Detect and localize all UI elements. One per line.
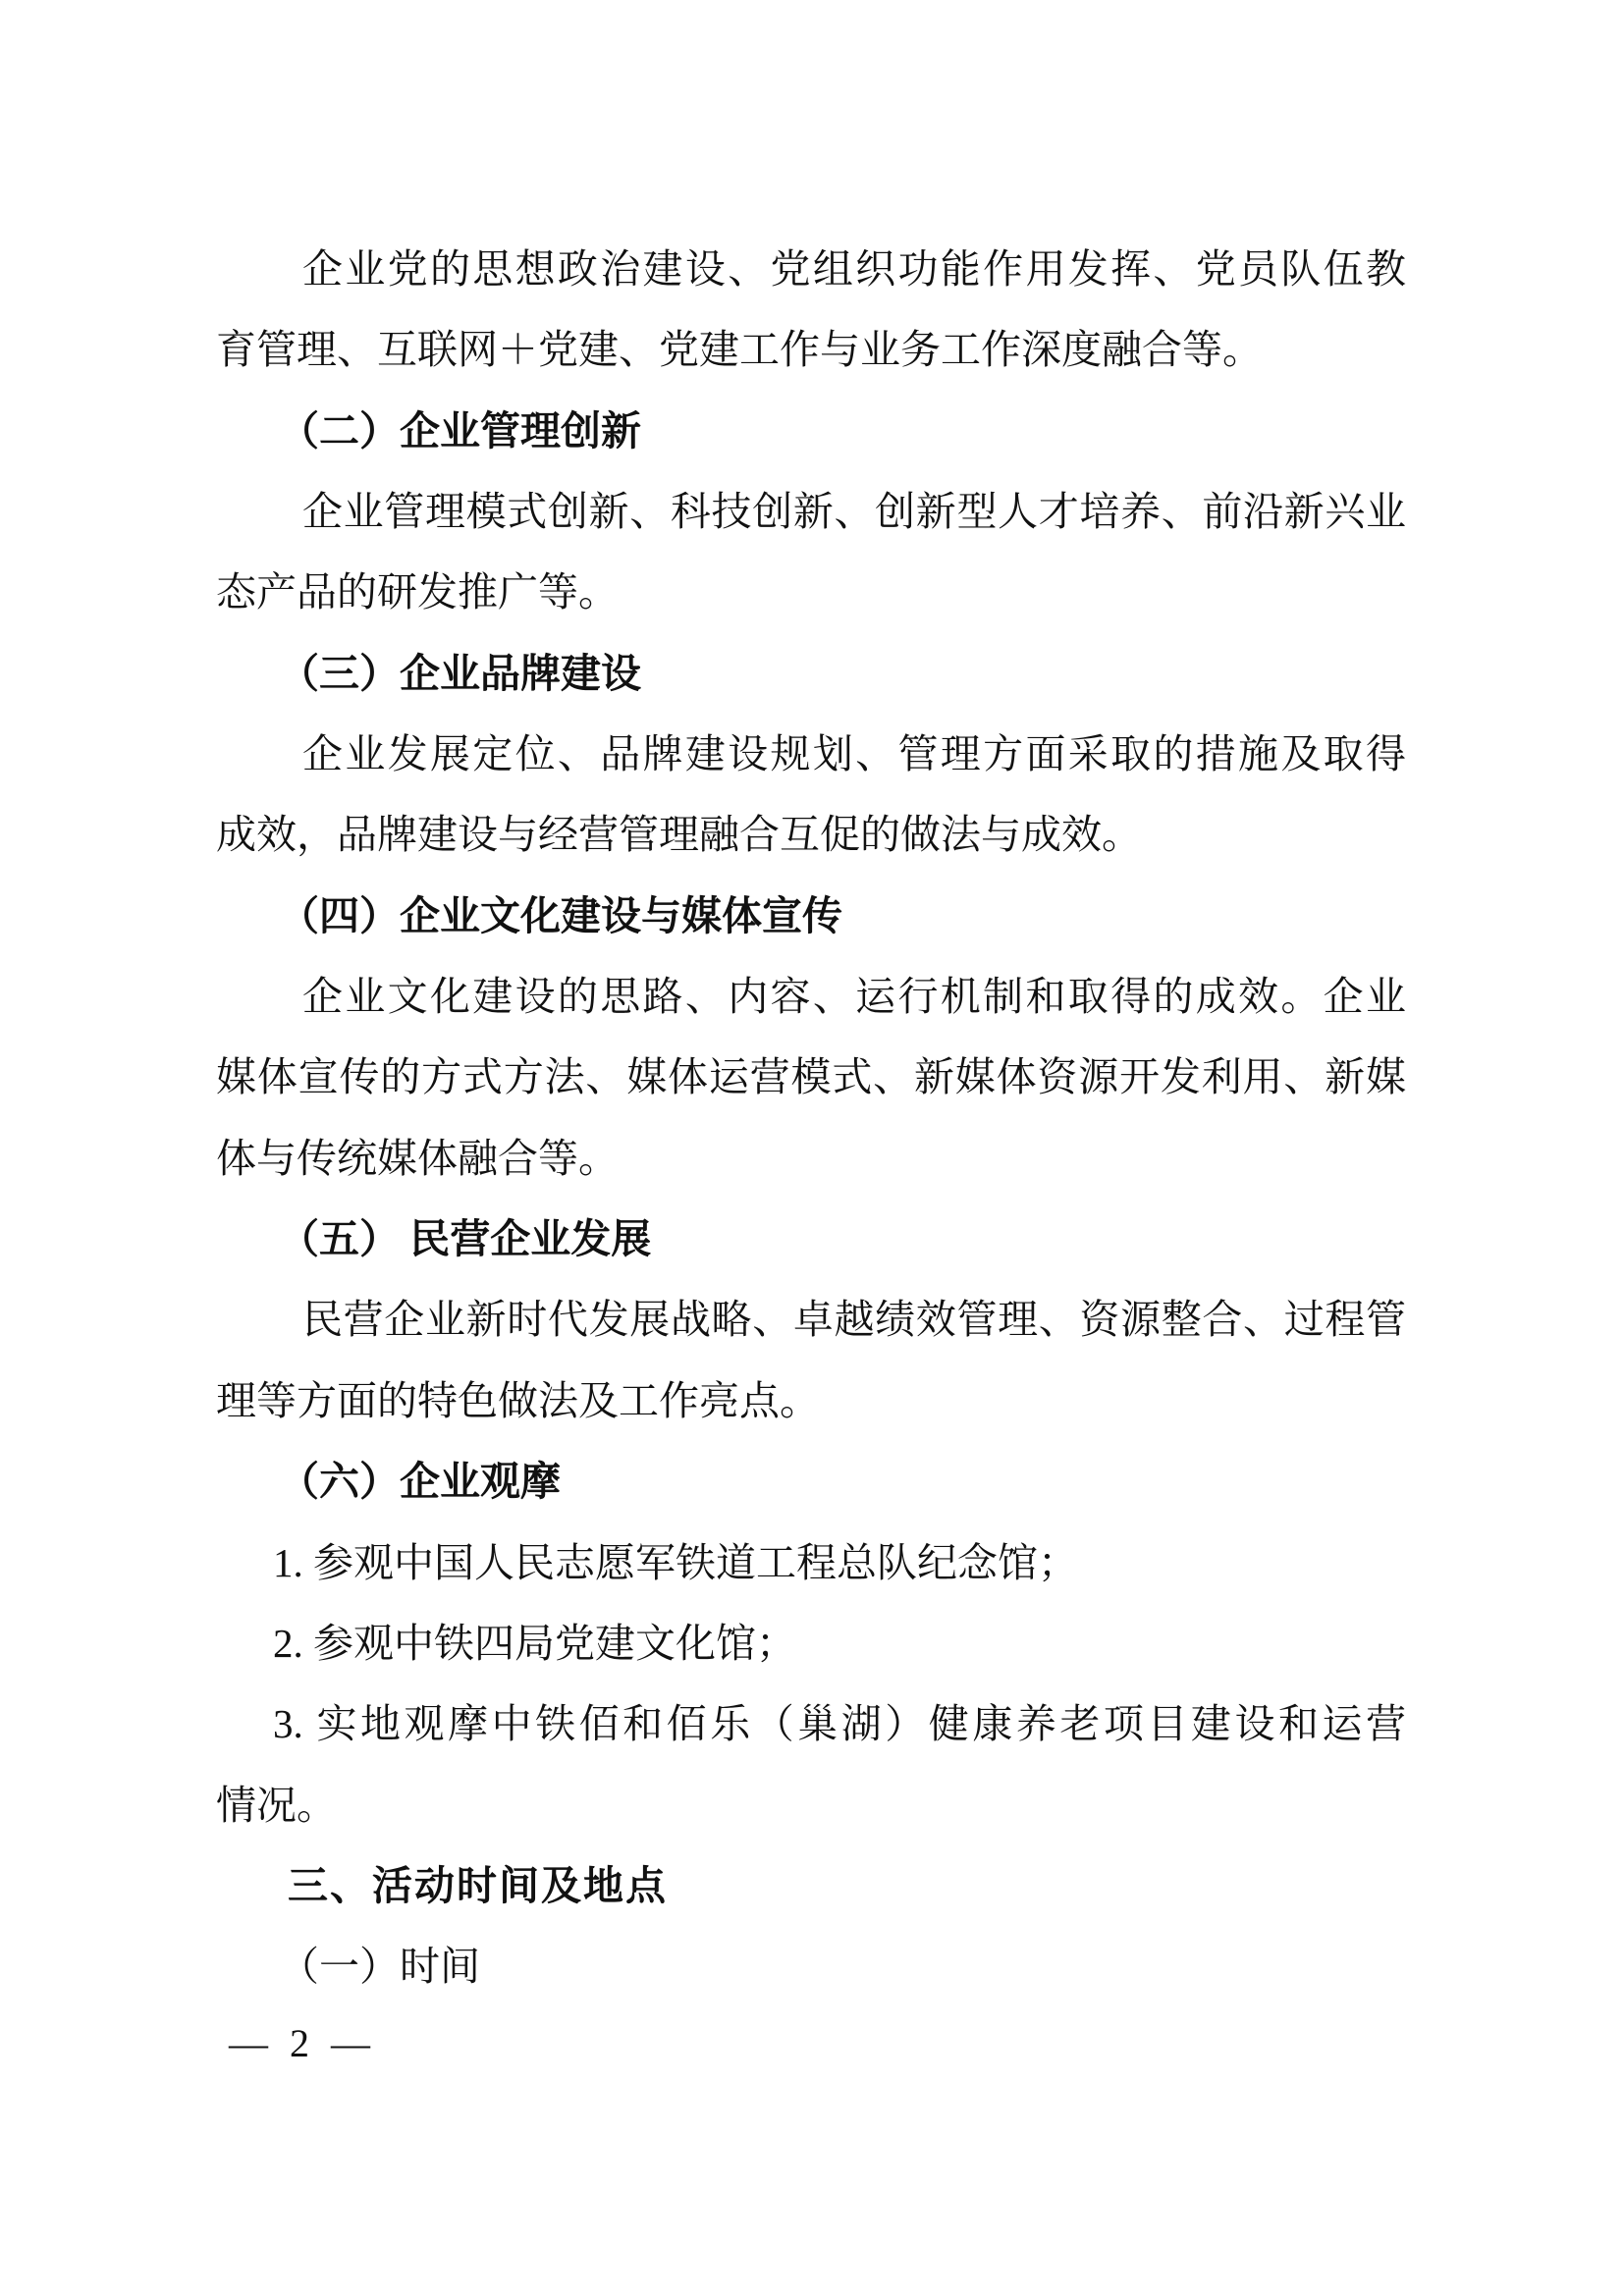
sub-heading: （六）企业观摩 xyxy=(216,1456,1406,1536)
document-line: 2. 参观中铁四局党建文化馆； xyxy=(216,1618,1406,1698)
document-page: 企业党的思想政治建设、党组织功能作用发挥、党员队伍教育管理、互联网＋党建、党建工… xyxy=(0,0,1623,2296)
document-line: （一）时间 xyxy=(216,1941,1406,2021)
document-line: 媒体宣传的方式方法、媒体运营模式、新媒体资源开发利用、新媒 xyxy=(216,1051,1406,1132)
document-line: 1. 参观中国人民志愿军铁道工程总队纪念馆； xyxy=(216,1537,1406,1618)
section-heading: 三、活动时间及地点 xyxy=(216,1860,1406,1941)
document-line: 民营企业新时代发展战略、卓越绩效管理、资源整合、过程管 xyxy=(216,1294,1406,1374)
sub-heading: （四）企业文化建设与媒体宣传 xyxy=(216,890,1406,971)
document-line: 企业党的思想政治建设、党组织功能作用发挥、党员队伍教 xyxy=(216,243,1406,324)
document-line: 企业发展定位、品牌建设规划、管理方面采取的措施及取得 xyxy=(216,728,1406,809)
document-line: 态产品的研发推广等。 xyxy=(216,566,1406,647)
document-line: 3. 实地观摩中铁佰和佰乐（巢湖）健康养老项目建设和运营 xyxy=(216,1698,1406,1779)
document-line: 育管理、互联网＋党建、党建工作与业务工作深度融合等。 xyxy=(216,324,1406,404)
document-body: 企业党的思想政治建设、党组织功能作用发挥、党员队伍教育管理、互联网＋党建、党建工… xyxy=(216,243,1406,2022)
sub-heading: （二）企业管理创新 xyxy=(216,405,1406,486)
sub-heading: （三）企业品牌建设 xyxy=(216,648,1406,728)
sub-heading: （五） 民营企业发展 xyxy=(216,1213,1406,1294)
document-line: 企业文化建设的思路、内容、运行机制和取得的成效。企业 xyxy=(216,971,1406,1051)
document-line: 理等方面的特色做法及工作亮点。 xyxy=(216,1375,1406,1456)
document-line: 情况。 xyxy=(216,1780,1406,1860)
page-number: — 2 — xyxy=(229,2020,376,2067)
document-line: 成效，品牌建设与经营管理融合互促的做法与成效。 xyxy=(216,809,1406,889)
document-line: 企业管理模式创新、科技创新、创新型人才培养、前沿新兴业 xyxy=(216,486,1406,566)
document-line: 体与传统媒体融合等。 xyxy=(216,1133,1406,1213)
